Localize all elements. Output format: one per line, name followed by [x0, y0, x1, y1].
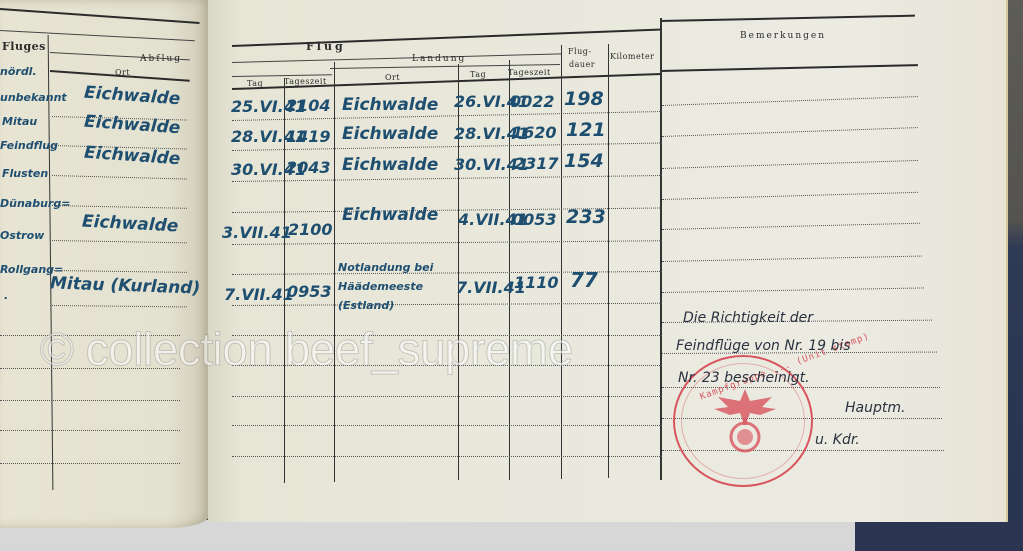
row-line — [52, 270, 187, 273]
margin-note: . — [4, 290, 8, 302]
column-divider — [334, 62, 335, 482]
header-flug: Flug — [306, 40, 346, 53]
cell-tag: 3.VII.41 — [222, 223, 292, 242]
margin-note: Dünaburg= — [0, 198, 70, 210]
cell-landung-ort-line2: Hääde­meeste — [338, 281, 423, 293]
cell-flugdauer: 233 — [566, 206, 606, 228]
row-line — [52, 175, 187, 180]
margin-note: Mitau — [2, 116, 37, 128]
header-tageszeit: Tageszeit — [284, 77, 327, 86]
cell-landung-ort: Eichwalde — [342, 95, 438, 115]
cell-flugdauer: 198 — [564, 88, 604, 110]
row-line — [0, 400, 180, 401]
column-divider — [660, 18, 662, 480]
header-ort: Ort — [115, 68, 130, 77]
header-landung-tag: Tag — [470, 70, 486, 79]
abflug-ort: Eichwalde — [83, 83, 180, 110]
margin-note: Ostrow — [0, 230, 44, 242]
row-line — [232, 456, 662, 457]
cell-landung-ort-line1: Notlandung bei — [338, 262, 433, 274]
cell-tag: 7.VII.41 — [224, 285, 294, 304]
header-abflug: Abflug — [140, 54, 182, 64]
cell-tageszeit: 0953 — [287, 282, 332, 301]
abflug-ort: Eichwalde — [83, 143, 180, 170]
cell-landung-ort: Eichwalde — [342, 124, 438, 144]
cell-flugdauer: 154 — [564, 150, 604, 172]
margin-note: nördl. — [0, 66, 37, 78]
cell-landung-ort: Eichwalde — [342, 205, 438, 225]
cell-landung-tageszeit: 2317 — [514, 154, 559, 173]
remark-line: Feindflüge von Nr. 19 bis — [676, 338, 851, 354]
header-flugdauer-1: Flug- — [568, 47, 592, 56]
cell-tageszeit: 2100 — [288, 220, 333, 239]
cell-landung-tageszeit: 0053 — [512, 210, 557, 229]
row-line — [52, 305, 187, 307]
abflug-ort: Eichwalde — [83, 112, 180, 139]
margin-note: Flusten — [2, 168, 48, 180]
cell-tageszeit: 1419 — [286, 127, 331, 146]
header-flugdauer-2: dauer — [569, 60, 595, 69]
cell-flugdauer: 77 — [570, 268, 598, 292]
row-line — [52, 205, 187, 209]
row-line — [232, 396, 662, 397]
left-page: Fluges Abflug Ort nördl. unbekannt Mitau… — [0, 0, 210, 528]
header-landung-tageszeit: Tageszeit — [508, 68, 551, 77]
remark-rank: u. Kdr. — [815, 432, 860, 448]
watermark: © collection beef_supreme — [40, 322, 573, 376]
cell-landung-tageszeit: 1620 — [512, 123, 557, 142]
column-divider — [608, 44, 609, 478]
row-line — [0, 430, 180, 431]
cell-tageszeit: 2104 — [286, 96, 331, 115]
header-tag: Tag — [247, 79, 263, 88]
remark-line: Die Richtigkeit der — [683, 310, 813, 326]
header-landung-ort: Ort — [385, 73, 400, 82]
header-landung: Landung — [412, 54, 466, 64]
background-fabric — [855, 520, 1023, 551]
cell-landung-ort-line3: (Estland) — [338, 300, 394, 312]
cell-tageszeit: 2043 — [286, 158, 331, 177]
header-kilometer: Kilometer — [610, 52, 655, 61]
column-divider — [561, 45, 562, 479]
cell-landung-tageszeit: 0022 — [510, 92, 555, 111]
column-divider — [509, 60, 510, 480]
abflug-ort: Mitau (Kurland) — [50, 273, 201, 298]
row-line — [232, 425, 662, 426]
header-bemerkungen: Bemerkungen — [740, 31, 826, 41]
remark-line: Nr. 23 bescheinigt. — [678, 370, 810, 386]
margin-note: unbekannt — [0, 92, 67, 104]
row-line — [0, 463, 180, 464]
cell-landung-tageszeit: 1110 — [514, 273, 559, 292]
abflug-ort: Eichwalde — [82, 211, 179, 236]
cell-landung-ort: Eichwalde — [342, 155, 438, 175]
remark-signature: Hauptm. — [845, 400, 905, 416]
header-fluges: Fluges — [2, 40, 46, 53]
cell-flugdauer: 121 — [566, 119, 606, 141]
rule — [0, 8, 200, 24]
row-line — [52, 240, 187, 243]
margin-note: Feindflug — [0, 140, 58, 152]
